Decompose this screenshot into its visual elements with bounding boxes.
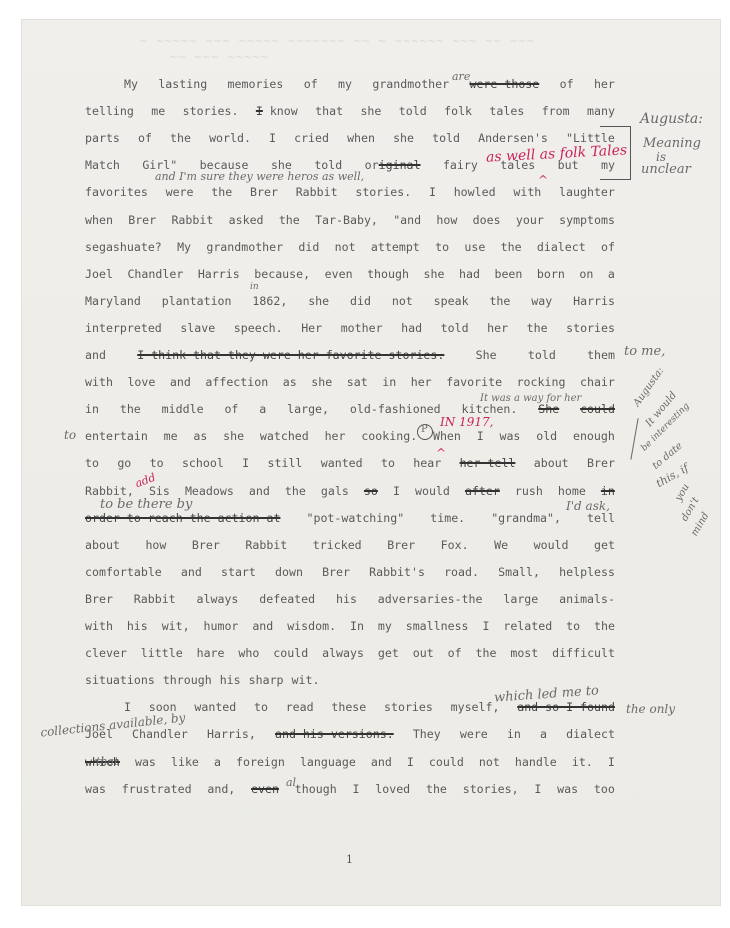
word: to xyxy=(435,240,449,254)
word: about xyxy=(85,538,120,552)
word: his xyxy=(127,619,148,633)
word: watched xyxy=(260,429,309,443)
word: how xyxy=(145,538,166,552)
word: We xyxy=(494,538,508,552)
annotation-are: are xyxy=(452,70,470,83)
word: like xyxy=(171,755,199,769)
word: dialect xyxy=(537,240,586,254)
word: They xyxy=(413,727,441,741)
word: mother xyxy=(341,321,383,335)
word: were those xyxy=(469,77,539,91)
word: how xyxy=(436,213,457,227)
word: because, xyxy=(254,267,310,281)
word: handle xyxy=(515,755,557,769)
word: symptoms xyxy=(559,213,615,227)
word: parts xyxy=(85,131,120,145)
word: in xyxy=(601,484,615,498)
word: had xyxy=(401,321,422,335)
word: the xyxy=(120,402,141,416)
text-line: Isoonwantedtoreadthesestoriesmyself,and … xyxy=(124,700,615,714)
word: in xyxy=(85,402,99,416)
word: go xyxy=(117,456,131,470)
word: though xyxy=(295,782,337,796)
word: stories xyxy=(384,700,433,714)
word: your xyxy=(516,213,544,227)
word: to xyxy=(254,700,268,714)
word: as xyxy=(193,429,207,443)
word: with xyxy=(85,375,113,389)
word: stories xyxy=(566,321,615,335)
word: Maryland xyxy=(85,294,141,308)
text-line: withhiswit,humorandwisdom.InmysmallnessI… xyxy=(85,619,615,633)
annotation-sure-heroes: and I'm sure they were heros as well, xyxy=(155,170,364,183)
word: Brer xyxy=(192,538,220,552)
word: In xyxy=(350,619,364,633)
word: to xyxy=(150,456,164,470)
text-line: BrerRabbitalwaysdefeatedhisadversaries-t… xyxy=(85,592,615,606)
word: were xyxy=(460,727,488,741)
word: wanted xyxy=(321,456,363,470)
word: she xyxy=(393,131,414,145)
word: wanted xyxy=(194,700,236,714)
word: adversaries-the xyxy=(378,592,483,606)
word: defeated xyxy=(259,592,315,606)
word: so xyxy=(364,484,378,498)
word: stories, xyxy=(463,782,519,796)
text-line: partsoftheworld.IcriedwhenshetoldAnderse… xyxy=(85,131,615,145)
word: his xyxy=(220,673,241,687)
word: She xyxy=(538,402,559,416)
word: was xyxy=(499,429,520,443)
word: these xyxy=(331,700,366,714)
word: as xyxy=(283,375,297,389)
word: too xyxy=(594,782,615,796)
text-line: whichwaslikeaforeignlanguageandIcouldnot… xyxy=(85,755,615,769)
word: her xyxy=(594,77,615,91)
word: about xyxy=(534,456,569,470)
annotation-it-was-a-way: It was a way for her xyxy=(480,393,581,404)
word: not xyxy=(335,240,356,254)
word: even xyxy=(251,782,279,796)
word: Small, xyxy=(498,565,540,579)
word: told xyxy=(528,348,556,362)
word: after xyxy=(465,484,500,498)
word: lasting xyxy=(158,77,207,91)
word: not xyxy=(392,294,413,308)
word: her xyxy=(325,429,346,443)
word: been xyxy=(494,267,522,281)
annotation-unclear: unclear xyxy=(641,162,691,177)
word: many xyxy=(587,104,615,118)
word: segashuate? xyxy=(85,240,162,254)
word: sharp xyxy=(249,673,284,687)
text-line: Marylandplantation1862,shedidnotspeakthe… xyxy=(85,294,615,308)
word: the xyxy=(279,213,300,227)
word: in xyxy=(507,727,521,741)
word: she xyxy=(424,267,445,281)
word: Rabbit's xyxy=(369,565,425,579)
word: out xyxy=(413,646,434,660)
text-line: togotoschoolIstillwantedtohearher tellab… xyxy=(85,456,615,470)
word: My xyxy=(124,77,138,91)
word: favorite xyxy=(446,375,502,389)
word: of xyxy=(601,240,615,254)
word: me xyxy=(164,429,178,443)
word: affection xyxy=(205,375,268,389)
word: most xyxy=(510,646,538,660)
word: down xyxy=(275,565,303,579)
word: Fox. xyxy=(441,538,469,552)
word: I xyxy=(608,755,615,769)
annotation-to-me: to me, xyxy=(624,344,665,359)
word: gals xyxy=(321,484,349,498)
word: his xyxy=(336,592,357,606)
word: plantation xyxy=(162,294,232,308)
word: and xyxy=(252,619,273,633)
word: could xyxy=(429,755,464,769)
word: slave xyxy=(180,321,215,335)
word: I xyxy=(534,782,541,796)
word: I xyxy=(393,484,400,498)
word: I xyxy=(477,429,484,443)
word: tales xyxy=(489,104,524,118)
text-line: JoelChandlerHarrisbecause,eventhoughsheh… xyxy=(85,267,615,281)
word: "and xyxy=(393,213,421,227)
word: Her xyxy=(301,321,322,335)
word: her tell xyxy=(460,456,516,470)
word: the xyxy=(170,131,191,145)
word: the xyxy=(594,619,615,633)
text-line: Rabbit,SisMeadowsandthegalssoIwouldafter… xyxy=(85,484,615,498)
word: rush xyxy=(515,484,543,498)
word: though xyxy=(367,267,409,281)
word: memories xyxy=(228,77,284,91)
word: was xyxy=(135,755,156,769)
word: telling xyxy=(85,104,134,118)
word: told xyxy=(432,131,460,145)
word: grandmother xyxy=(206,240,283,254)
word: attempt xyxy=(371,240,420,254)
word: through xyxy=(163,673,212,687)
word: the xyxy=(211,185,232,199)
word: could xyxy=(580,402,615,416)
word: get xyxy=(378,646,399,660)
word: favorites xyxy=(85,185,148,199)
annotation-augusta-1: Augusta: xyxy=(640,111,703,127)
word: "pot-watching" xyxy=(306,511,404,525)
word: and xyxy=(181,565,202,579)
word: of xyxy=(138,131,152,145)
annotation-meaning: Meaning xyxy=(643,136,701,151)
word: I know xyxy=(256,104,298,118)
word: road. xyxy=(444,565,479,579)
text-line: favoritesweretheBrerRabbitstories.Ihowle… xyxy=(85,185,615,199)
word: grandmother xyxy=(372,77,449,91)
word: home xyxy=(558,484,586,498)
word: on xyxy=(579,267,593,281)
word: use xyxy=(464,240,485,254)
word: that xyxy=(315,104,343,118)
word: Brer xyxy=(587,456,615,470)
word: she xyxy=(308,294,329,308)
word: the xyxy=(285,484,306,498)
word: howled xyxy=(454,185,496,199)
word: stories. xyxy=(355,185,411,199)
bleed-through-text: ~ ~~~~~ ~~~ ~~~~~ ~~~~~~~ ~~ ~ ~~~~~~ ~~… xyxy=(140,34,535,48)
word: time. xyxy=(430,511,465,525)
word: Rabbit xyxy=(296,185,338,199)
word: sat xyxy=(347,375,368,389)
word: smallness xyxy=(406,619,469,633)
word: were xyxy=(166,185,194,199)
text-line: interpretedslavespeech.Hermotherhadtoldh… xyxy=(85,321,615,335)
paragraph-mark: P xyxy=(421,424,428,435)
word: middle xyxy=(162,402,204,416)
word: My xyxy=(177,240,191,254)
annotation-the-only: the only xyxy=(626,702,675,716)
word: fairy xyxy=(443,158,478,172)
word: asked xyxy=(229,213,264,227)
word: a xyxy=(259,402,266,416)
page-number: 1 xyxy=(346,853,353,866)
word: I xyxy=(242,456,249,470)
word: helpless xyxy=(559,565,615,579)
word: Tar-Baby, xyxy=(315,213,378,227)
word: did xyxy=(298,240,319,254)
word: large xyxy=(503,592,538,606)
word: always xyxy=(322,646,364,660)
word: even xyxy=(325,267,353,281)
word: me xyxy=(151,104,165,118)
word: laughter xyxy=(559,185,615,199)
word: hare xyxy=(197,646,225,660)
word: who xyxy=(238,646,259,660)
word: I xyxy=(482,619,489,633)
word: rocking xyxy=(517,375,566,389)
word: the xyxy=(527,321,548,335)
word: Rabbit xyxy=(134,592,176,606)
word: a xyxy=(608,267,615,281)
word: Sis xyxy=(149,484,170,498)
word: Rabbit xyxy=(245,538,287,552)
word: related xyxy=(503,619,552,633)
annotation-in: in xyxy=(250,282,259,292)
word: humor xyxy=(204,619,239,633)
annotation-id-ask: I'd ask, xyxy=(566,499,610,513)
word: Brer xyxy=(85,592,113,606)
word: loved xyxy=(375,782,410,796)
word: Chandler xyxy=(127,267,183,281)
word: Brer xyxy=(322,565,350,579)
word: cooking. xyxy=(361,429,417,443)
word: would xyxy=(534,538,569,552)
word: my xyxy=(338,77,352,91)
word: little xyxy=(141,646,183,660)
word: with xyxy=(85,619,113,633)
word: to xyxy=(381,456,395,470)
word: start xyxy=(221,565,256,579)
text-line: tellingmestories.I knowthatshetoldfolkta… xyxy=(85,104,615,118)
word: Rabbit, xyxy=(85,484,134,498)
word: read xyxy=(286,700,314,714)
text-line: withloveandaffectionasshesatinherfavorit… xyxy=(85,375,615,389)
word: of xyxy=(448,646,462,660)
word: When xyxy=(433,429,461,443)
word: I xyxy=(124,700,131,714)
word: a xyxy=(540,727,547,741)
word: order to reach the action at xyxy=(85,511,280,525)
word: 1862, xyxy=(252,294,287,308)
word: world. xyxy=(209,131,251,145)
word: would xyxy=(415,484,450,498)
word: she xyxy=(311,375,332,389)
word: "grandma", xyxy=(491,511,561,525)
word: and his versions. xyxy=(275,727,394,741)
word: was xyxy=(557,782,578,796)
word: difficult xyxy=(552,646,615,660)
word: and xyxy=(249,484,270,498)
word: animals- xyxy=(559,592,615,606)
word: old-fashioned xyxy=(350,402,441,416)
word: Joel xyxy=(85,267,113,281)
word: them xyxy=(587,348,615,362)
word: dialect xyxy=(566,727,615,741)
bleed-through-text: ~~ ~~~ ~~~~~ xyxy=(170,50,269,64)
word: in xyxy=(382,375,396,389)
text-line: comfortableandstartdownBrerRabbit'sroad.… xyxy=(85,565,615,579)
word: of xyxy=(560,77,574,91)
word: old xyxy=(536,429,557,443)
word: and, xyxy=(207,782,235,796)
text-line: cleverlittleharewhocouldalwaysgetoutofth… xyxy=(85,646,615,660)
text-line: andI think that they were her favorite s… xyxy=(85,348,615,362)
annotation-al: al xyxy=(286,776,296,789)
word: Rabbit xyxy=(171,213,213,227)
word: I xyxy=(407,755,414,769)
text-line: whenBrerRabbitaskedtheTar-Baby,"andhowdo… xyxy=(85,213,615,227)
word: tricked xyxy=(313,538,362,552)
word: wit, xyxy=(162,619,190,633)
word: and xyxy=(371,755,392,769)
text-line: segashuate?Mygrandmotherdidnotattempttou… xyxy=(85,240,615,254)
word: She xyxy=(476,348,497,362)
word: the xyxy=(426,782,447,796)
text-line: wasfrustratedand,eventhoughIlovedthestor… xyxy=(85,782,615,796)
word: of xyxy=(224,402,238,416)
word: born xyxy=(537,267,565,281)
word: did xyxy=(350,294,371,308)
word: her xyxy=(411,375,432,389)
word: and xyxy=(85,348,106,362)
word: wisdom. xyxy=(287,619,336,633)
text-line: entertainmeasshewatchedhercooking.WhenIw… xyxy=(85,429,615,443)
word: get xyxy=(594,538,615,552)
text-line: Mylastingmemoriesofmygrandmotherwere tho… xyxy=(124,77,615,91)
word: Brer xyxy=(250,185,278,199)
word: I think that they were her favorite stor… xyxy=(137,348,444,362)
word: with xyxy=(513,185,541,199)
word: still xyxy=(268,456,303,470)
word: not xyxy=(479,755,500,769)
word: speak xyxy=(434,294,469,308)
word: could xyxy=(273,646,308,660)
annotation-caret: ^ xyxy=(538,173,548,187)
text-line: inthemiddleofalarge,old-fashionedkitchen… xyxy=(85,402,615,416)
word: the xyxy=(475,646,496,660)
word: Meadows xyxy=(185,484,234,498)
word: speech. xyxy=(234,321,283,335)
word: original xyxy=(365,158,421,172)
word: when xyxy=(347,131,375,145)
word: language xyxy=(300,755,356,769)
word: a xyxy=(214,755,221,769)
word: situations xyxy=(85,673,155,687)
word: frustrated xyxy=(122,782,192,796)
word: Harris xyxy=(198,267,240,281)
word: Harris, xyxy=(207,727,256,741)
word: Brer xyxy=(128,213,156,227)
annotation-to-be-there-by: to be there by xyxy=(100,497,192,512)
word: told xyxy=(399,104,427,118)
word: it. xyxy=(572,755,593,769)
word: chair xyxy=(580,375,615,389)
annotation-in-1917: IN 1917, xyxy=(440,415,493,429)
word: to xyxy=(566,619,580,633)
word: interpreted xyxy=(85,321,162,335)
text-line: order to reach the action at"pot-watchin… xyxy=(85,511,615,525)
word: cried xyxy=(294,131,329,145)
word: love xyxy=(127,375,155,389)
word: had xyxy=(459,267,480,281)
word: my xyxy=(378,619,392,633)
word: Match xyxy=(85,158,120,172)
word: stories. xyxy=(183,104,239,118)
word: Harris xyxy=(573,294,615,308)
word: and xyxy=(170,375,191,389)
word: she xyxy=(223,429,244,443)
word: I xyxy=(429,185,436,199)
annotation-caret: ^ xyxy=(436,446,446,460)
word: of xyxy=(304,77,318,91)
annotation-to: to xyxy=(64,428,76,442)
word: Brer xyxy=(387,538,415,552)
text-line: situationsthroughhissharpwit. xyxy=(85,673,615,687)
word: enough xyxy=(573,429,615,443)
word: from xyxy=(542,104,570,118)
word: does xyxy=(473,213,501,227)
word: she xyxy=(360,104,381,118)
word: entertain xyxy=(85,429,148,443)
word: I xyxy=(352,782,359,796)
word: Chandler xyxy=(132,727,188,741)
annotation-that: that xyxy=(96,755,118,768)
word: way xyxy=(531,294,552,308)
word: school xyxy=(182,456,224,470)
word: her xyxy=(487,321,508,335)
word: the xyxy=(489,294,510,308)
text-line: abouthowBrerRabbittrickedBrerFox.Wewould… xyxy=(85,538,615,552)
word: clever xyxy=(85,646,127,660)
word: folk xyxy=(444,104,472,118)
word: I xyxy=(269,131,276,145)
text-line: JoelChandlerHarris,and his versions.They… xyxy=(85,727,615,741)
word: large, xyxy=(287,402,329,416)
word: when xyxy=(85,213,113,227)
word: foreign xyxy=(236,755,285,769)
word: was xyxy=(85,782,106,796)
word: myself, xyxy=(451,700,500,714)
word: comfortable xyxy=(85,565,162,579)
